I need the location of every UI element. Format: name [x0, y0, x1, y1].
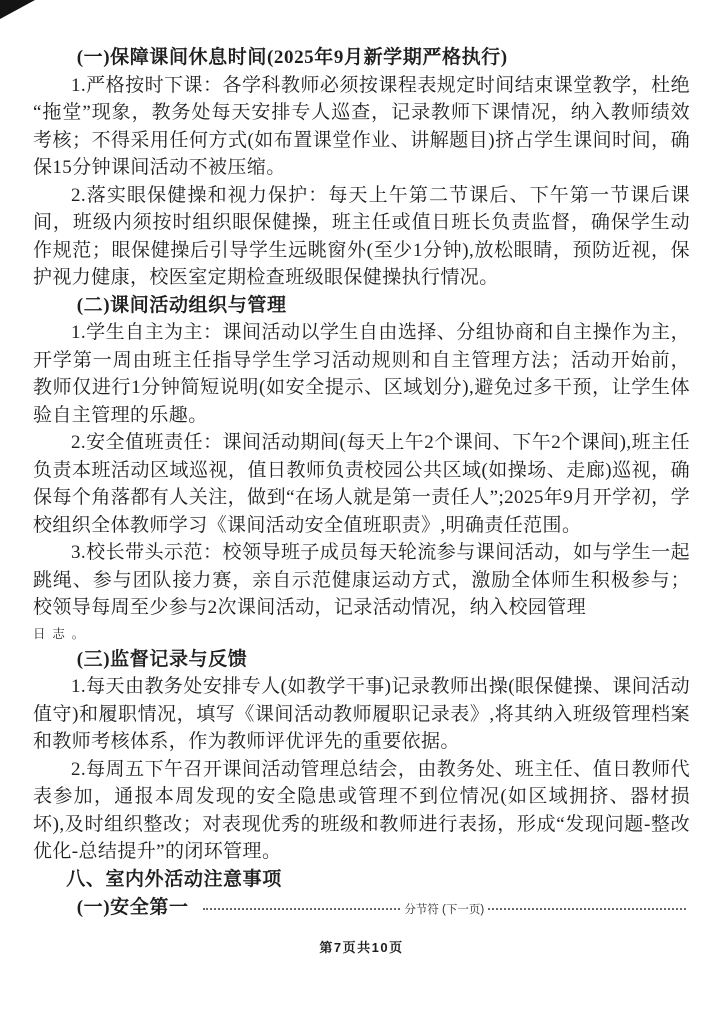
- body-paragraph-continuation: 日志。: [33, 622, 690, 646]
- section-break-dotted-line: [203, 908, 401, 910]
- body-paragraph: 1.每天由教务处安排专人(如教学干事)记录教师出操(眼保健操、课间活动值守)和履…: [33, 673, 690, 756]
- section-heading-4: (一)安全第一: [33, 894, 189, 922]
- body-paragraph: 3.校长带头示范：校领导班子成员每天轮流参与课间活动，如与学生一起跳绳、参与团队…: [33, 539, 690, 622]
- section-heading-2: (二)课间活动组织与管理: [33, 292, 690, 320]
- section-heading-3: (三)监督记录与反馈: [33, 646, 690, 674]
- document-body: (一)保障课间休息时间(2025年9月新学期严格执行) 1.严格按时下课：各学科…: [33, 44, 690, 922]
- section-break-dotted-line: [488, 908, 686, 910]
- document-page: (一)保障课间休息时间(2025年9月新学期严格执行) 1.严格按时下课：各学科…: [0, 0, 723, 1024]
- body-paragraph: 2.安全值班责任：课间活动期间(每天上午2个课间、下午2个课间),班主任负责本班…: [33, 429, 690, 539]
- body-paragraph: 1.学生自主为主：课间活动以学生自由选择、分组协商和自主操作为主，开学第一周由班…: [33, 319, 690, 429]
- body-paragraph: 2.每周五下午召开课间活动管理总结会，由教务处、班主任、值日教师代表参加，通报本…: [33, 756, 690, 866]
- page-corner-shadow: [0, 0, 35, 19]
- section-break-label: 分节符 (下一页): [404, 901, 484, 917]
- body-paragraph: 1.严格按时下课：各学科教师必须按课程表规定时间结束课堂教学，杜绝“拖堂”现象，…: [33, 72, 690, 182]
- chapter-heading: 八、室内外活动注意事项: [33, 866, 690, 894]
- page-number-footer: 第7页共10页: [33, 937, 690, 956]
- section-heading-1: (一)保障课间休息时间(2025年9月新学期严格执行): [33, 44, 690, 72]
- body-paragraph: 2.落实眼保健操和视力保护：每天上午第二节课后、下午第一节课后课间，班级内须按时…: [33, 182, 690, 292]
- section-break-row: (一)安全第一 分节符 (下一页): [33, 894, 690, 922]
